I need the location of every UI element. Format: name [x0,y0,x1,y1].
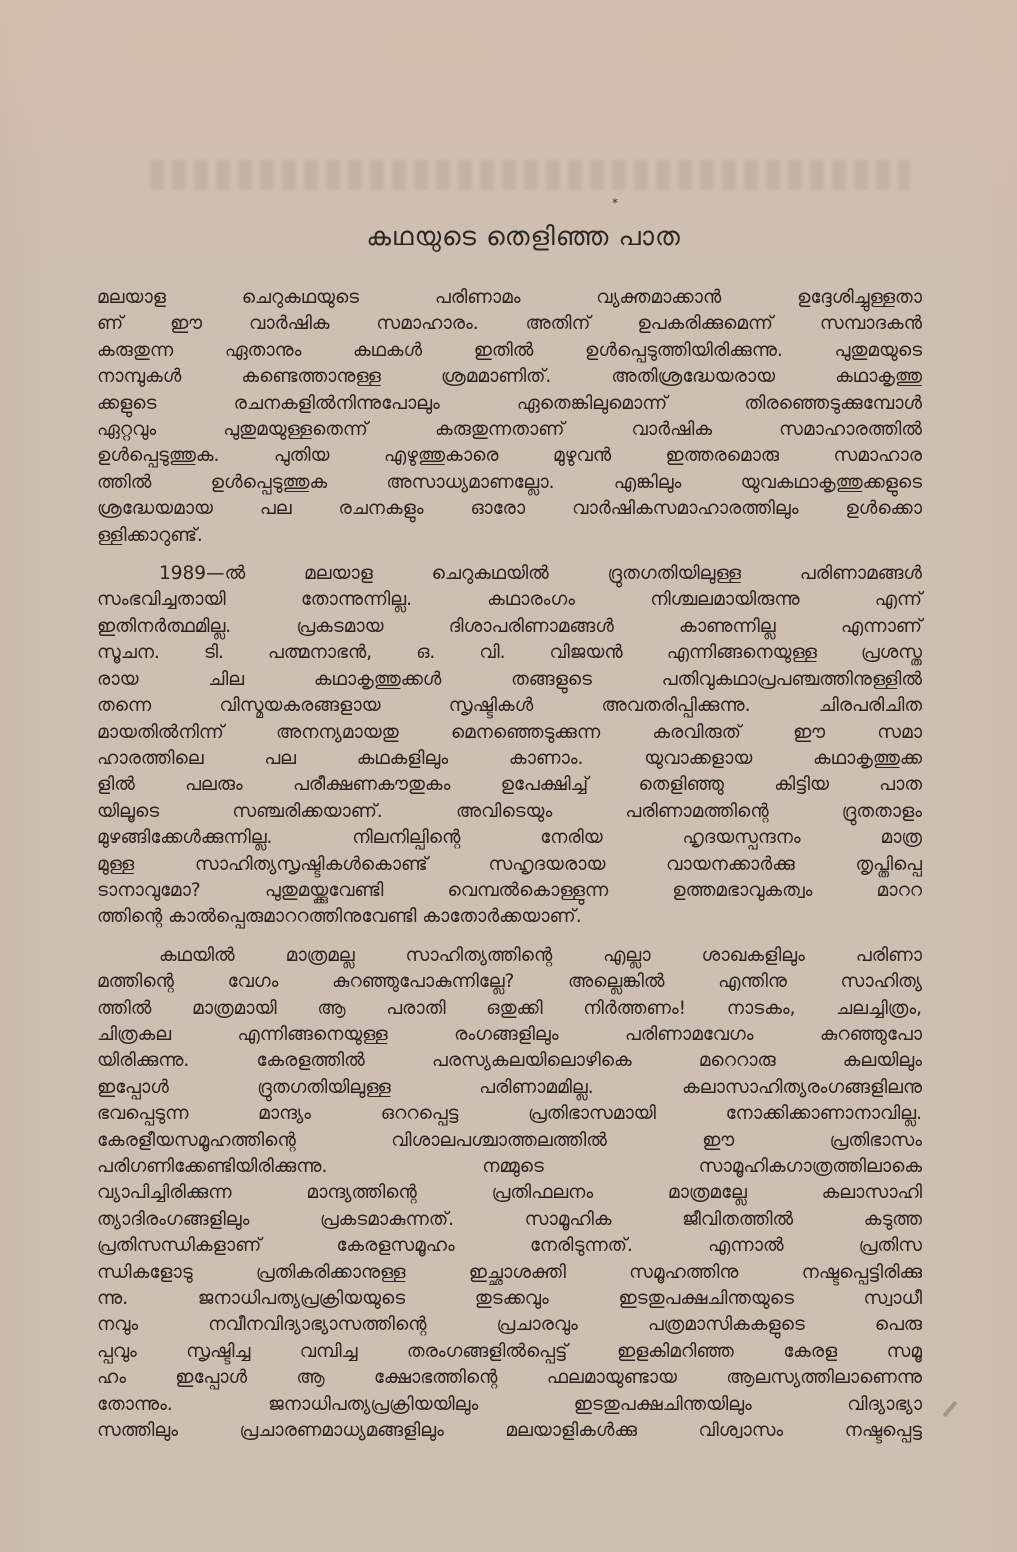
text-line: ഹം ഇപ്പോൾ ആ ക്ഷോഭത്തിന്റെ ഫലമായുണ്ടായ ആല… [97,1365,922,1391]
text-line: ഹാരത്തിലെ പല കഥകളിലും കാണാം. യുവാക്കളായ … [97,746,922,772]
text-line: നാമ്പുകൾ കണ്ടെത്താനുള്ള ശ്രമമാണിത്. അതിശ… [97,364,922,390]
text-line: ന്നു. ജനാധിപത്യപ്രക്രിയയുടെ തുടക്കവും ഇട… [97,1286,922,1312]
text-line: സൂചന. ടി. പത്മനാഭൻ, ഒ. വി. വിജയൻ എന്നിങ്… [97,640,922,666]
text-line: കേരളീയസമൂഹത്തിന്റെ വിശാലപശ്ചാത്തലത്തിൽ ഈ… [97,1128,922,1154]
text-line: ശ്രദ്ധേയമായ പല രചനകളും ഓരോ വാർഷികസമാഹാരത… [97,496,922,522]
text-line: ത്യാദിരംഗങ്ങളിലും പ്രകടമാകുന്നത്. സാമൂഹി… [97,1207,922,1233]
pencil-mark [943,1401,958,1417]
text-line: ത്തിൽ മാത്രമായി ആ പരാതി ഒതുക്കി നിർത്തണം… [97,996,922,1022]
text-line: കഥയിൽ മാത്രമല്ല സാഹിത്യത്തിന്റെ എല്ലാ ശാ… [97,943,922,969]
page-title: കഥയുടെ തെളിഞ്ഞ പാത [0,222,1017,253]
text-line: പരിഗണിക്കേണ്ടിയിരിക്കുന്നു. നമ്മുടെ സാമൂ… [97,1154,922,1180]
text-line: മായതിൽനിന്ന് അനന്യമായതു മെനഞ്ഞെടുക്കുന്ന… [97,720,922,746]
text-line: ന്ധികളോടു പ്രതികരിക്കാനുള്ള ഇച്ഛാശക്തി സ… [97,1260,922,1286]
text-line: ത്തിൽ ഉൾപ്പെടുത്തുക അസാധ്യമാണല്ലോ. എങ്കി… [97,470,922,496]
text-line: ഏറ്റവും പുതുമയുള്ളതെന്ന് കരുതുന്നതാണ് വാ… [97,417,922,443]
text-line: ടാനാവുമോ? പുതുമയ്ക്കുവേണ്ടി വെമ്പൽകൊള്ളു… [97,878,922,904]
scanned-book-page: * കഥയുടെ തെളിഞ്ഞ പാത മലയാള ചെറുകഥയുടെ പര… [0,0,1017,1552]
text-line: തോന്നും. ജനാധിപത്യപ്രക്രിയയിലും ഇടതുപക്ഷ… [97,1392,922,1418]
text-line: മുഴങ്ങിക്കേൾക്കുന്നില്ല. നിലനില്പിന്റെ ന… [97,825,922,851]
paragraph-2: 1989—ൽ മലയാള ചെറുകഥയിൽ ദ്രുതഗതിയിലുള്ള പ… [97,561,922,931]
bleed-through-text [150,160,910,190]
text-line: ക്കളുടെ രചനകളിൽനിന്നുപോലും ഏതെങ്കിലുമൊന്… [97,391,922,417]
text-line: സത്തിലും പ്രചാരണമാധ്യമങ്ങളിലും മലയാളികൾക… [97,1418,922,1444]
text-line: ഉൾപ്പെടുത്തുക. പുതിയ എഴുത്തുകാരെ മുഴുവൻ … [97,443,922,469]
text-line: മലയാള ചെറുകഥയുടെ പരിണാമം വ്യക്തമാക്കാൻ ഉ… [97,285,922,311]
text-line: തന്നെ വിസ്മയകരങ്ങളായ സൃഷ്ടികൾ അവതരിപ്പിക… [97,693,922,719]
text-line: നവും നവീനവിദ്യാഭ്യാസത്തിന്റെ പ്രചാരവും പ… [97,1312,922,1338]
article-body: മലയാള ചെറുകഥയുടെ പരിണാമം വ്യക്തമാക്കാൻ ഉ… [97,285,922,1456]
text-line: ഭവപ്പെടുന്ന മാന്ദ്യം ഒററപ്പെട്ട പ്രതിഭാസ… [97,1101,922,1127]
text-line: സംഭവിച്ചതായി തോന്നുന്നില്ല. കഥാരംഗം നിശ്… [97,587,922,613]
text-line: വ്യാപിച്ചിരിക്കുന്ന മാന്ദ്യത്തിന്റെ പ്രത… [97,1180,922,1206]
paragraph-1: മലയാള ചെറുകഥയുടെ പരിണാമം വ്യക്തമാക്കാൻ ഉ… [97,285,922,549]
text-line: രായ ചില കഥാകൃത്തുക്കൾ തങ്ങളുടെ പതിവുകഥാപ… [97,667,922,693]
text-line: കരുതുന്ന ഏതാനും കഥകൾ ഇതിൽ ഉൾപ്പെടുത്തിയി… [97,338,922,364]
text-line: ചിത്രകല എന്നിങ്ങനെയുള്ള രംഗങ്ങളിലും പരിണ… [97,1022,922,1048]
text-line: ഇതിനർത്ഥമില്ല. പ്രകടമായ ദിശാപരിണാമങ്ങൾ ക… [97,614,922,640]
text-line: യിരിക്കുന്നു. കേരളത്തിൽ പരസ്യകലയിലൊഴികെ … [97,1048,922,1074]
text-line: ഇപ്പോൾ ദ്രുതഗതിയിലുള്ള പരിണാമമില്ല. കലാസ… [97,1075,922,1101]
text-line: ളിൽ പലരും പരീക്ഷണകൗതുകം ഉപേക്ഷിച്ച് തെളി… [97,772,922,798]
text-line: മുള്ള സാഹിത്യസൃഷ്ടികൾകൊണ്ട് സഹൃദയരായ വായ… [97,852,922,878]
text-line: 1989—ൽ മലയാള ചെറുകഥയിൽ ദ്രുതഗതിയിലുള്ള പ… [97,561,922,587]
paragraph-3: കഥയിൽ മാത്രമല്ല സാഹിത്യത്തിന്റെ എല്ലാ ശാ… [97,943,922,1445]
text-line: പ്രതിസന്ധികളാണ് കേരളസമൂഹം നേരിടുന്നത്. എ… [97,1233,922,1259]
text-line: ണ് ഈ വാർഷിക സമാഹാരം. അതിന് ഉപകരിക്കുമെന്… [97,311,922,337]
text-line: ള്ളിക്കാറുണ്ട്. [97,523,922,549]
text-line: ത്തിന്റെ കാൽപ്പെരുമാററത്തിനുവേണ്ടി കാതോർ… [97,904,922,930]
text-line: മത്തിന്റെ വേഗം കുറഞ്ഞുപോകുന്നില്ലേ? അല്ല… [97,969,922,995]
text-line: യിലൂടെ സഞ്ചരിക്കയാണ്. അവിടെയും പരിണാമത്ത… [97,799,922,825]
text-line: പ്പവും സൃഷ്ടിച്ച വമ്പിച്ച തരംഗങ്ങളിൽപ്പെ… [97,1339,922,1365]
ornament-mark: * [612,196,618,210]
